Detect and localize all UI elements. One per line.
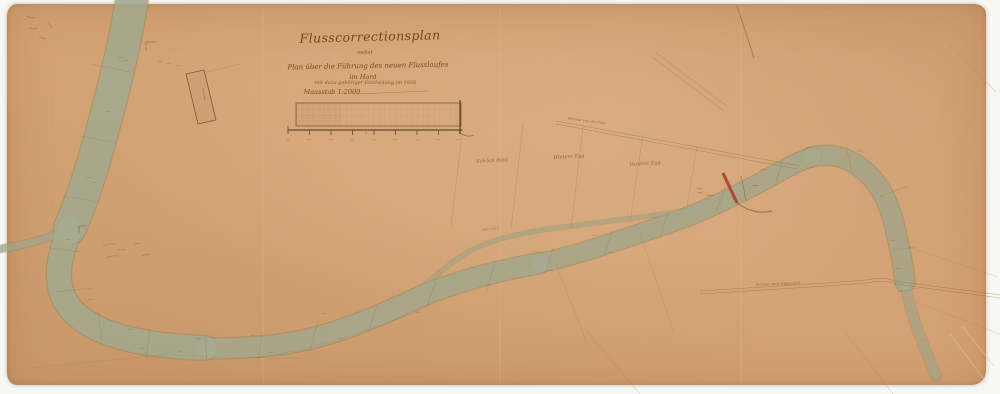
red-crease-line [737,6,754,58]
river-banks [0,0,936,376]
road-lines [556,121,1000,298]
scale-bar [286,91,474,140]
bank-annotations [66,57,901,353]
map-drawing [0,0,1000,394]
building-outline [186,70,216,124]
river [0,0,936,376]
cross-section-ticks [44,64,919,362]
scanned-map-view: Flusscorrectionsplan nebst Plan über die… [0,0,1000,394]
